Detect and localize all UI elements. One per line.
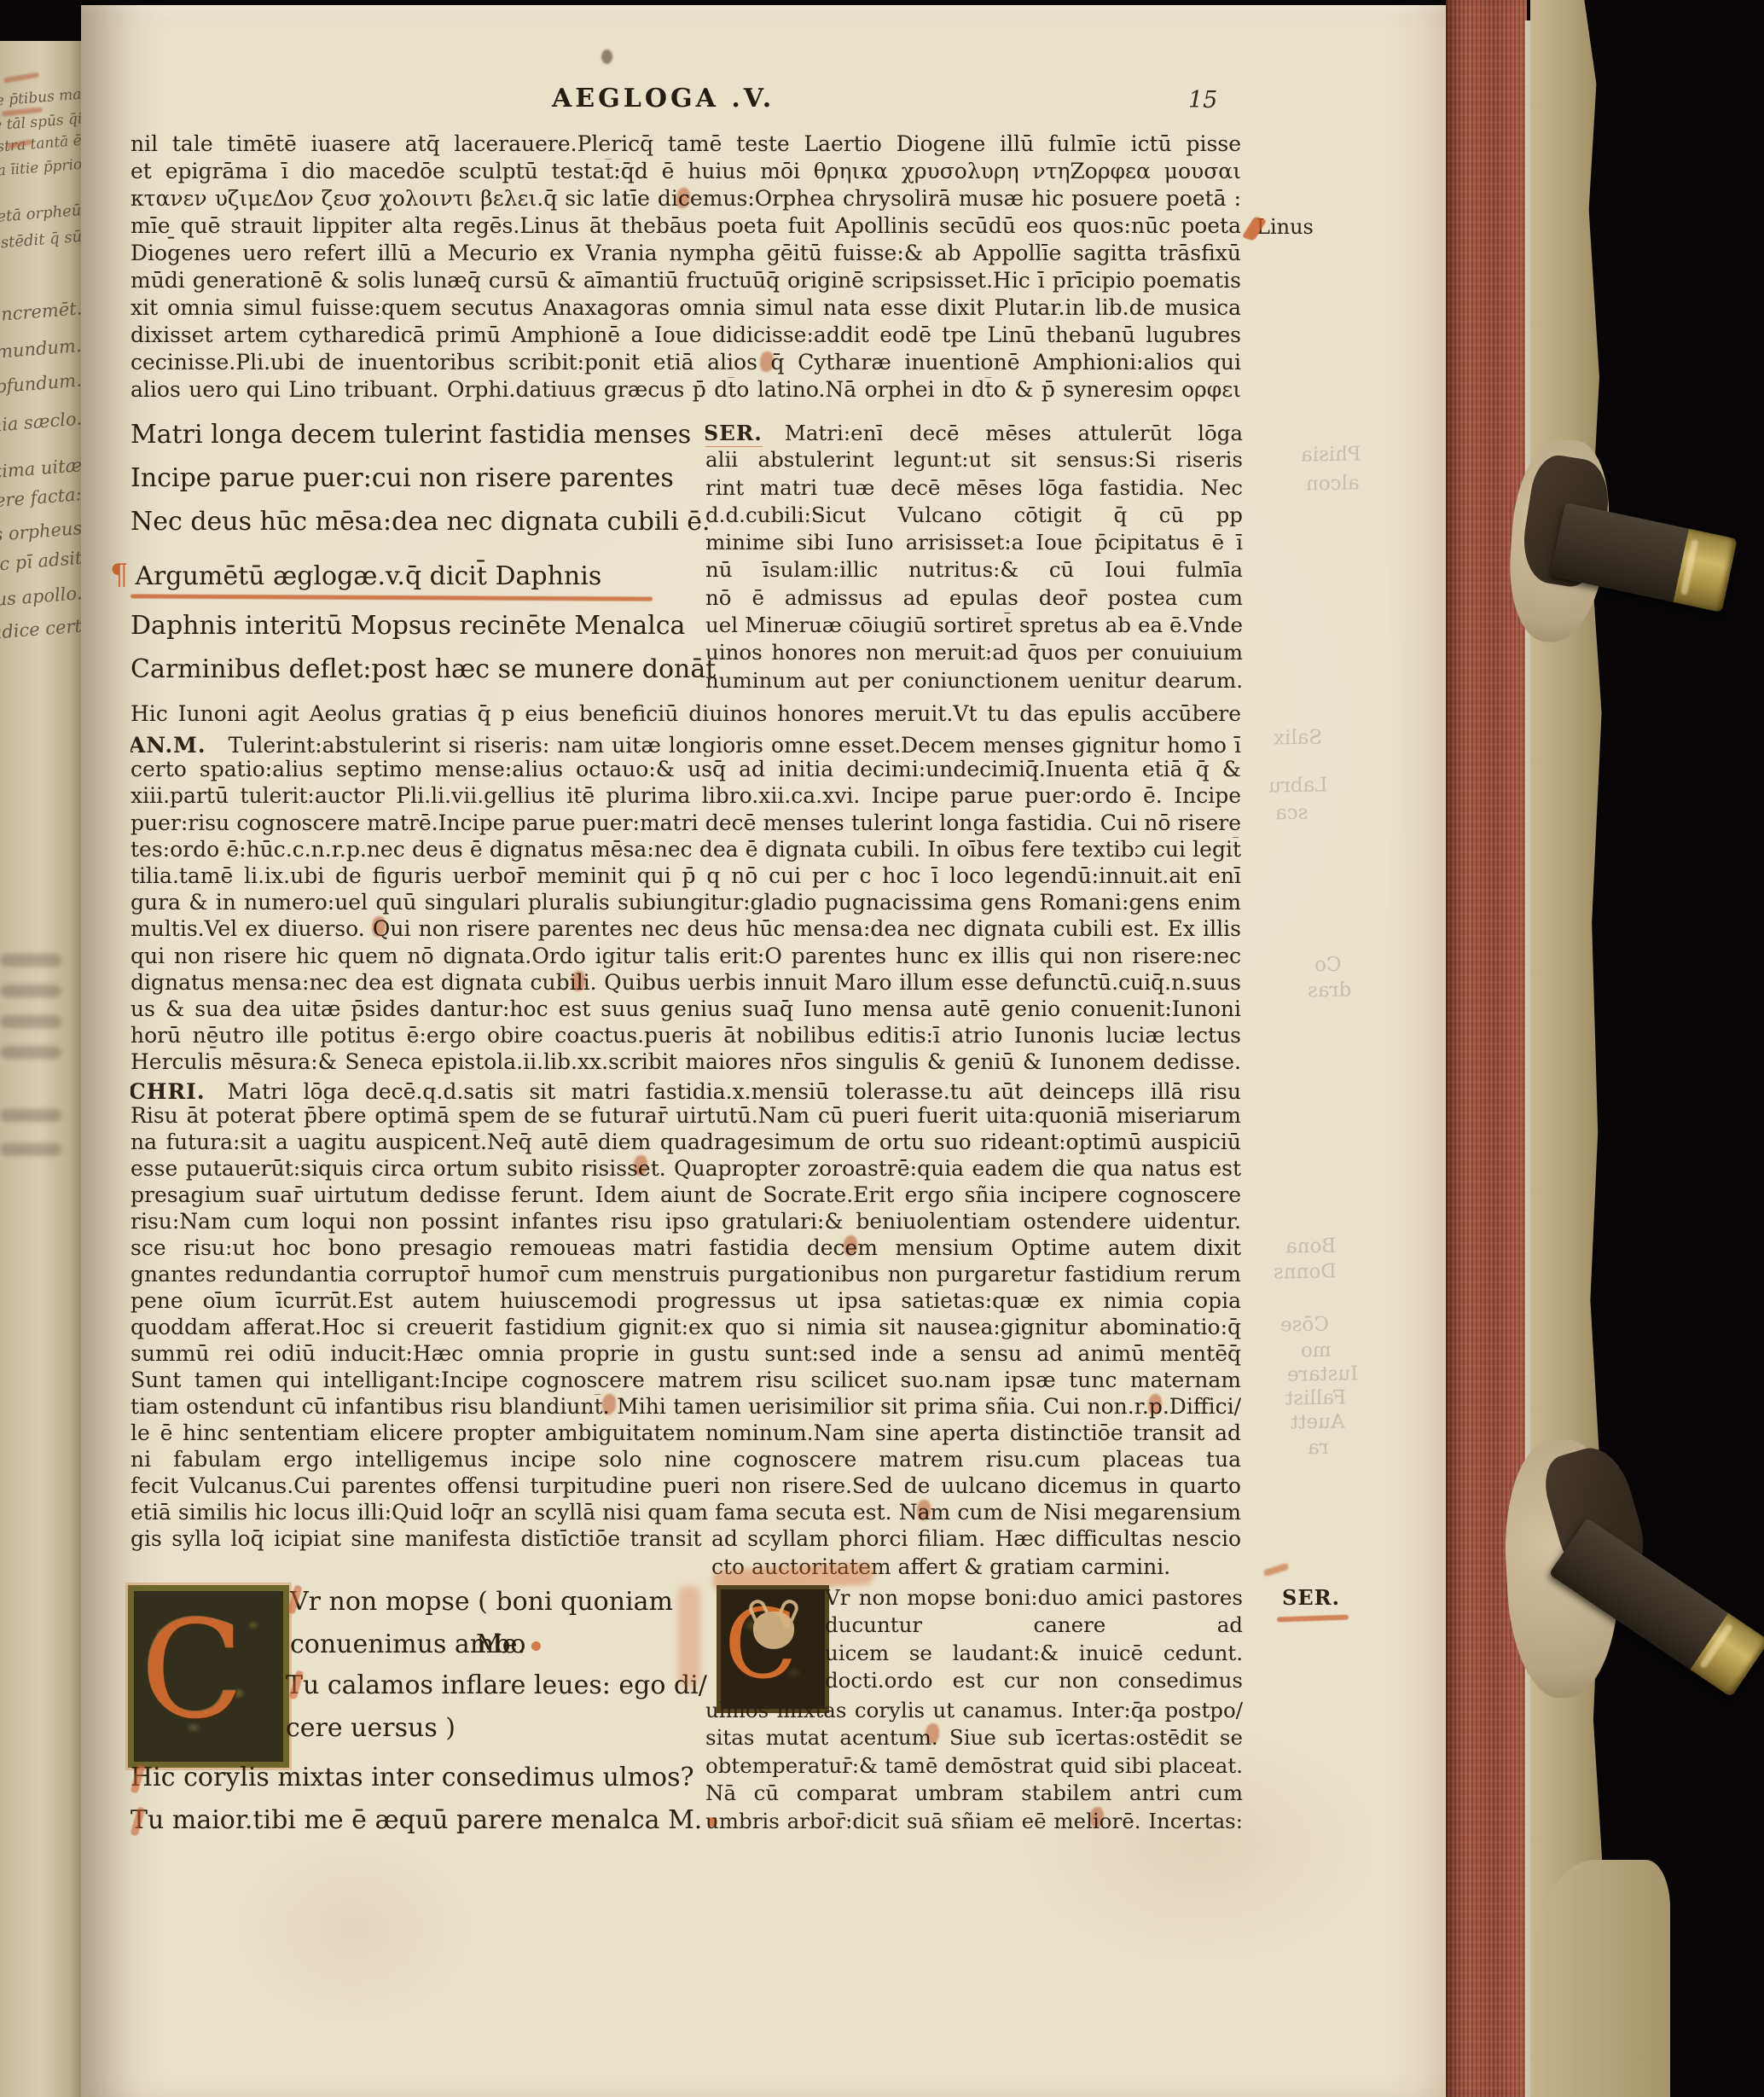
text-line: risu:Nam cum loqui non possint infantes … [131, 1209, 1241, 1235]
bull-head-motif [753, 1612, 794, 1649]
verse-line: Tu calamos inflare leues: ego di/ [286, 1670, 707, 1700]
book-photograph: tātē iuuēre p̄tibus maā & hēre tāl spūs … [0, 0, 1764, 2097]
text-line: numinum aut per coniunctionem uenitur de… [705, 668, 1243, 695]
text-line: nū īsulam:illic nutritus:& cū Ioui fulmī… [705, 557, 1243, 584]
ghost-margin-word: alcon [1306, 472, 1360, 495]
text-line: sce risu:ut hoc bono presagio remoueas m… [131, 1235, 1241, 1262]
bottom-commentary-full: ulmos mixtas corylis ut canamus. Inter:q… [705, 1698, 1243, 1836]
text-line: ¶AN.M.Tulerint:abstulerint si riseris: n… [131, 730, 1241, 757]
ghost-margin-word: Donns [1274, 1260, 1337, 1283]
text-line: esse putauerūt:siquis circa ortum subito… [131, 1156, 1241, 1182]
intro-paragraph: nil tale timētē iuasere atq̄ lacerauere.… [131, 131, 1241, 404]
text-line: horū nēutro ille potitus ē:ergo obire co… [131, 1023, 1241, 1049]
verse-line: Hic corylis mixtas inter consedimus ulmo… [131, 1763, 694, 1792]
verse-line: Daphnis interitū Mopsus recinēte Menalca [131, 611, 711, 654]
text-line: d.d.cubili:Sicut Vulcano cōtigit q̄ cū p… [705, 502, 1243, 530]
ser-lines: alii abstulerint legunt:ut sit sensus:Si… [705, 447, 1243, 695]
blurred-text-line [0, 1143, 61, 1156]
blurred-text-line [0, 985, 61, 997]
left-edge-text-fragment: pōdere mundum. [0, 335, 83, 368]
text-line: rint matri tuæ decē mēses lōga fastidia.… [705, 475, 1243, 502]
ghost-margin-word: Iustare [1287, 1362, 1359, 1385]
rubric-touch [572, 971, 585, 991]
text-line: tiam ostendunt cū infantibus risu blandi… [131, 1394, 1241, 1420]
text-line: qui non risere hic quem nō dignata.Ordo … [131, 944, 1241, 970]
text-line: sitas mutat acentum. Siue sub īcertas:os… [705, 1725, 1243, 1752]
blurred-text-line [0, 1046, 61, 1059]
page-title: AEGLOGA .V. [552, 84, 775, 113]
text-line: docti.ordo est cur non consedimus inter [825, 1668, 1243, 1695]
anm-lines: certo spatio:alius septimo mense:alius o… [131, 757, 1241, 1076]
rubric-touch [634, 1155, 647, 1176]
text-line: gnantes redundantia corruptor̄ humor̄ cu… [131, 1262, 1241, 1288]
pilcrow-mark: ¶ [110, 558, 128, 591]
argument-text: Argumētū æglogæ.v.q̄ dicit̄ Daphnis [135, 561, 601, 591]
verse-line: Tu maior.tibi me ē æquū parere menalca M… [131, 1805, 717, 1835]
text-line: ¶SER.Matri:enī decē mēses attulerūt lōga… [705, 420, 1243, 447]
left-edge-text-fragment: cæliq̄ pfundum. [0, 369, 83, 401]
blurred-text-line [0, 1109, 61, 1122]
text-line: quoddam afferat.Hoc si creuerit fastidiu… [131, 1315, 1241, 1341]
text-line: Nā cū comparat umbram stabilem antri cum… [705, 1780, 1243, 1808]
chri-lines: Risu āt poterat p̄bere optimā spem de se… [131, 1103, 1241, 1553]
text-line: summū rei odiū inducit:Hæc omnia proprie… [131, 1341, 1241, 1368]
text-line: tes:ordo ē:hūc.c.n.r.p.nec deus ē dignat… [131, 837, 1241, 863]
left-edge-text-fragment: osus apollo. [0, 583, 83, 612]
rubric-touch [602, 1394, 616, 1414]
text-line: uinos honores non meruit:ad q̄uos per co… [705, 640, 1243, 667]
text-fragment: Matri lōga decē.q.d.satis sit matri fast… [131, 1079, 1241, 1103]
text-line: uel Mineruæ cōiugiū sortiret̄ spretus ab… [705, 613, 1243, 640]
text-line: tilia.tamē li.ix.ubi de figuris uerbor̄ … [131, 863, 1241, 890]
text-line: ducuntur canere ad delectationem:unde ī [825, 1612, 1243, 1640]
text-line: Sunt tamen qui intelligant:Incipe cognos… [131, 1368, 1241, 1394]
rubric-touch [760, 351, 774, 372]
text-line: et epigrāma ī dio macedōe sculptū testat… [131, 159, 1241, 186]
text-line: alii abstulerint legunt:ut sit sensus:Si… [705, 447, 1243, 474]
blurred-text-line [0, 954, 61, 967]
bottom-commentary-wrapped: Vr non mopse boni:duo amici pastores īdu… [825, 1585, 1243, 1696]
text-fragment: Matri:enī decē mēses attulerūt lōga fast… [705, 421, 1243, 447]
commentator-label-chri: CHRI. [131, 1079, 206, 1103]
text-line: presagium suar̄ uirtutum dedisse ferunt.… [131, 1182, 1241, 1209]
parchment-cover-edge [1530, 0, 1605, 2097]
verse-block-1: Matri longa decem tulerint fastidia mens… [131, 420, 711, 550]
text-line: alios uero qui Lino tribuant. Orphi.dati… [131, 377, 1241, 404]
text-line: pene oīum īcurrūt.Est autem huiuscemodi … [131, 1288, 1241, 1315]
blurred-text-line [0, 1015, 61, 1028]
verse-line: Incipe parue puer:cui non risere parente… [131, 463, 711, 507]
brass-catch [1690, 1613, 1764, 1698]
text-line: uicem se laudant:& inuicē cedunt. Boni: [825, 1641, 1243, 1668]
verse-line: Carminibus deflet:post hæc se munere don… [131, 654, 711, 698]
initial-letter: C [141, 1595, 244, 1746]
ghost-margin-word: Bona [1285, 1234, 1337, 1258]
text-line: na futura:sit a uagitu auspicent̄.Neq̄ a… [131, 1130, 1241, 1156]
margin-note-ser: SER. [1282, 1585, 1340, 1610]
text-line: xit omnia simul fuisse:quem secutus Anax… [131, 295, 1241, 322]
facing-page-edge: tātē iuuēre p̄tibus maā & hēre tāl spūs … [0, 41, 89, 2097]
orange-paint-smudge [678, 1585, 700, 1687]
text-line: xiii.partū tulerit:auctor Pli.li.vii.gel… [131, 783, 1241, 810]
rubric-mark [1262, 1563, 1289, 1577]
ghost-margin-word: Auett [1291, 1410, 1345, 1433]
text-line: etiā similis hic locus illi:Quid loq̄r a… [131, 1500, 1241, 1526]
text-line: ¶CHRI.Matri lōga decē.q.d.satis sit matr… [131, 1077, 1241, 1103]
left-edge-fragments: tātē iuuēre p̄tibus maā & hēre tāl spūs … [0, 41, 85, 2097]
ghost-margin-word: Cōse [1280, 1314, 1329, 1337]
text-line: Herculis mēsura:& Seneca epistola.ii.lib… [131, 1049, 1241, 1076]
text-fragment: Tulerint:abstulerint si riseris: nam uit… [229, 733, 1241, 757]
left-edge-text-fragment: ī iouis incremēt. [0, 298, 83, 329]
ghost-margin-word: sca [1275, 802, 1308, 825]
text-line: mūdi generationē & solis lunæq̄ cursū & … [131, 268, 1241, 295]
left-edge-text-fragment: omnia sæclo. [0, 409, 83, 439]
ghost-margin-word: Fallist [1285, 1386, 1347, 1409]
decorated-initial-c-right: C [717, 1585, 829, 1713]
bridge-line: Hic Iunoni agit Aeolus gratias q̄ p eius… [131, 701, 1241, 729]
text-line: nō ē admissus ad epulas deor̄ postea cum… [705, 585, 1243, 613]
text-line: ni fabulam ergo intelligemus incipe solo… [131, 1447, 1241, 1473]
text-line: dixisset artem cytharedicā primū Amphion… [131, 322, 1241, 350]
left-edge-text-fragment: thracius orpheus [0, 518, 83, 550]
left-edge-text-fragment: pars ultima uitæ [0, 455, 83, 487]
speaker-mark-me: Me. [476, 1629, 541, 1659]
parchment-cover-bottom [1535, 1860, 1670, 2097]
commentator-label-ser: SER. [705, 421, 763, 447]
left-edge-text-fragment: ripit̄ prima īitie p̄prio [0, 156, 83, 185]
rubric-touch [1148, 1394, 1162, 1414]
text-line: us & sua dea uitæ p̄sides dantur:hoc est… [131, 996, 1241, 1023]
text-line: puer:risu cognoscere matrē.Incipe parue … [131, 810, 1241, 837]
servius-commentary-column: ¶SER.Matri:enī decē mēses attulerūt lōga… [705, 420, 1243, 695]
text-line: cecinisse.Pli.ubi de inuentoribus scribi… [131, 350, 1241, 377]
folio-number: 15 [1188, 87, 1217, 113]
decorated-initial-c-left: C [128, 1585, 289, 1768]
left-edge-text-fragment: tq̄ huic pī adsit [0, 548, 83, 578]
verse-text: Tu maior.tibi me ē æquū parere menalca [131, 1805, 660, 1835]
verse-line: Vr non mopse ( boni quoniam [290, 1587, 673, 1617]
commentator-label-anm: AN.M. [131, 733, 206, 757]
text-line: nil tale timētē iuasere atq̄ lacerauere.… [131, 131, 1241, 159]
red-stained-fore-edge [1446, 0, 1527, 2097]
anm-commentary: ¶AN.M.Tulerint:abstulerint si riseris: n… [131, 730, 1241, 1076]
text-line: gis sylla loq̄ icipiat sine manifesta di… [131, 1526, 1241, 1553]
rubric-touch [926, 1723, 939, 1744]
text-line: Diogenes uero refert illū a Mecurio ex V… [131, 241, 1241, 268]
rubric-touch [844, 1235, 857, 1256]
verse-line: cere uersus ) [286, 1713, 456, 1743]
text-line: Vr non mopse boni:duo amici pastores ī [825, 1585, 1243, 1612]
left-edge-text-fragment: iudice cert [0, 616, 83, 644]
text-line: fecit Vulcanus.Cui parentes offensi turp… [131, 1473, 1241, 1500]
rubric-touch [917, 1500, 931, 1520]
ghost-margin-word: ra [1308, 1437, 1329, 1459]
verse-block-2: Daphnis interitū Mopsus recinēte Menalca… [131, 611, 711, 698]
text-line: obtemperatur̄:& tamē demōstrat quid sibi… [705, 1753, 1243, 1780]
text-line: ulmos mixtas corylis ut canamus. Inter:q… [705, 1698, 1243, 1725]
rubric-touch [1090, 1807, 1104, 1827]
left-edge-text-fragment: er ostēdit q̄ sū [0, 228, 83, 254]
ghost-margin-word: dras [1308, 979, 1352, 1002]
rubric-underline [131, 594, 653, 601]
chri-commentary: ¶CHRI.Matri lōga decē.q.d.satis sit matr… [131, 1077, 1241, 1553]
verse-line: Nec deus hūc mēsa:dea nec dignata cubili… [131, 507, 711, 550]
left-edge-text-fragment: tua dicere facta: [0, 484, 83, 516]
ink-stain [601, 49, 612, 64]
text-line: dignatus mensa:nec dea est dignata cubil… [131, 970, 1241, 996]
brass-catch [1674, 529, 1738, 613]
text-line: umbris arbor̄:dicit suā sñiam eē meliorē… [705, 1809, 1243, 1836]
text-line: mīe quē strauit lippiter alta regēs.Linu… [131, 213, 1241, 241]
text-line: Risu āt poterat p̄bere optimā spem de se… [131, 1103, 1241, 1130]
verse-line: Matri longa decem tulerint fastidia mens… [131, 420, 711, 463]
text-line: multis.Vel ex diuerso. Qui non risere pa… [131, 916, 1241, 943]
text-line: minime sibi Iuno arrisisset:a Ioue p̄cip… [705, 530, 1243, 557]
rubric-underline [1277, 1615, 1349, 1623]
rubric-touch [676, 188, 690, 208]
text-line: gura & in numero:uel quū singulari plura… [131, 890, 1241, 916]
ghost-margin-word: mo [1301, 1339, 1332, 1362]
text-line: certo spatio:alius septimo mense:alius o… [131, 757, 1241, 783]
argument-line: ¶Argumētū æglogæ.v.q̄ dicit̄ Daphnis [110, 558, 601, 591]
book-page: AEGLOGA .V. 15 nil tale timētē iuasere a… [81, 5, 1446, 2097]
rubric-touch [372, 916, 386, 937]
margin-note-linus: Linus [1256, 215, 1314, 239]
ghost-margin-word: Labru [1268, 774, 1328, 797]
text-line: le ē hinc sententiam elicere propter amb… [131, 1420, 1241, 1447]
ghost-margin-word: Co [1314, 954, 1342, 977]
ghost-margin-word: Phisia [1301, 443, 1361, 466]
ghost-margin-word: Salix [1274, 727, 1323, 750]
